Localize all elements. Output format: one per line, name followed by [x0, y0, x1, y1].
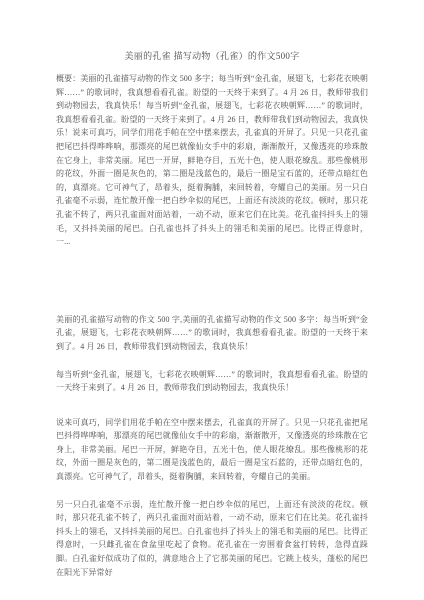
paragraph-summary: 概要：美丽的孔雀描写动物的作文 500 多字；每当听到“金孔雀，展翅飞，七彩花衣…: [56, 72, 368, 249]
paragraph-song-lyrics: 每当听到“金孔雀，展翅飞，七彩花衣映朝辉……” 的歌词时，我真想看看孔雀。盼望的…: [56, 368, 368, 395]
paragraph-intro: 美丽的孔雀描写动物的作文 500 字,美丽的孔雀描写动物的作文 500 多字：每…: [56, 313, 368, 354]
document-body: 概要：美丽的孔雀描写动物的作文 500 多字；每当听到“金孔雀，展翅飞，七彩花衣…: [56, 72, 368, 579]
paragraph-peacock-display: 说来可真巧，同学们用花手帕在空中摆来摆去，孔雀真的开屏了。只见一只花孔雀把尾巴抖…: [56, 416, 368, 484]
paragraph-white-peacock: 另一只白孔雀毫不示弱，连忙散开像一把白纱伞似的尾巴，上面还有淡淡的花纹。顿时，那…: [56, 498, 368, 580]
document-title: 美丽的孔雀 描写动物（孔雀）的作文500字: [0, 49, 424, 62]
document-page: 美丽的孔雀 描写动物（孔雀）的作文500字 概要：美丽的孔雀描写动物的作文 50…: [0, 0, 424, 600]
